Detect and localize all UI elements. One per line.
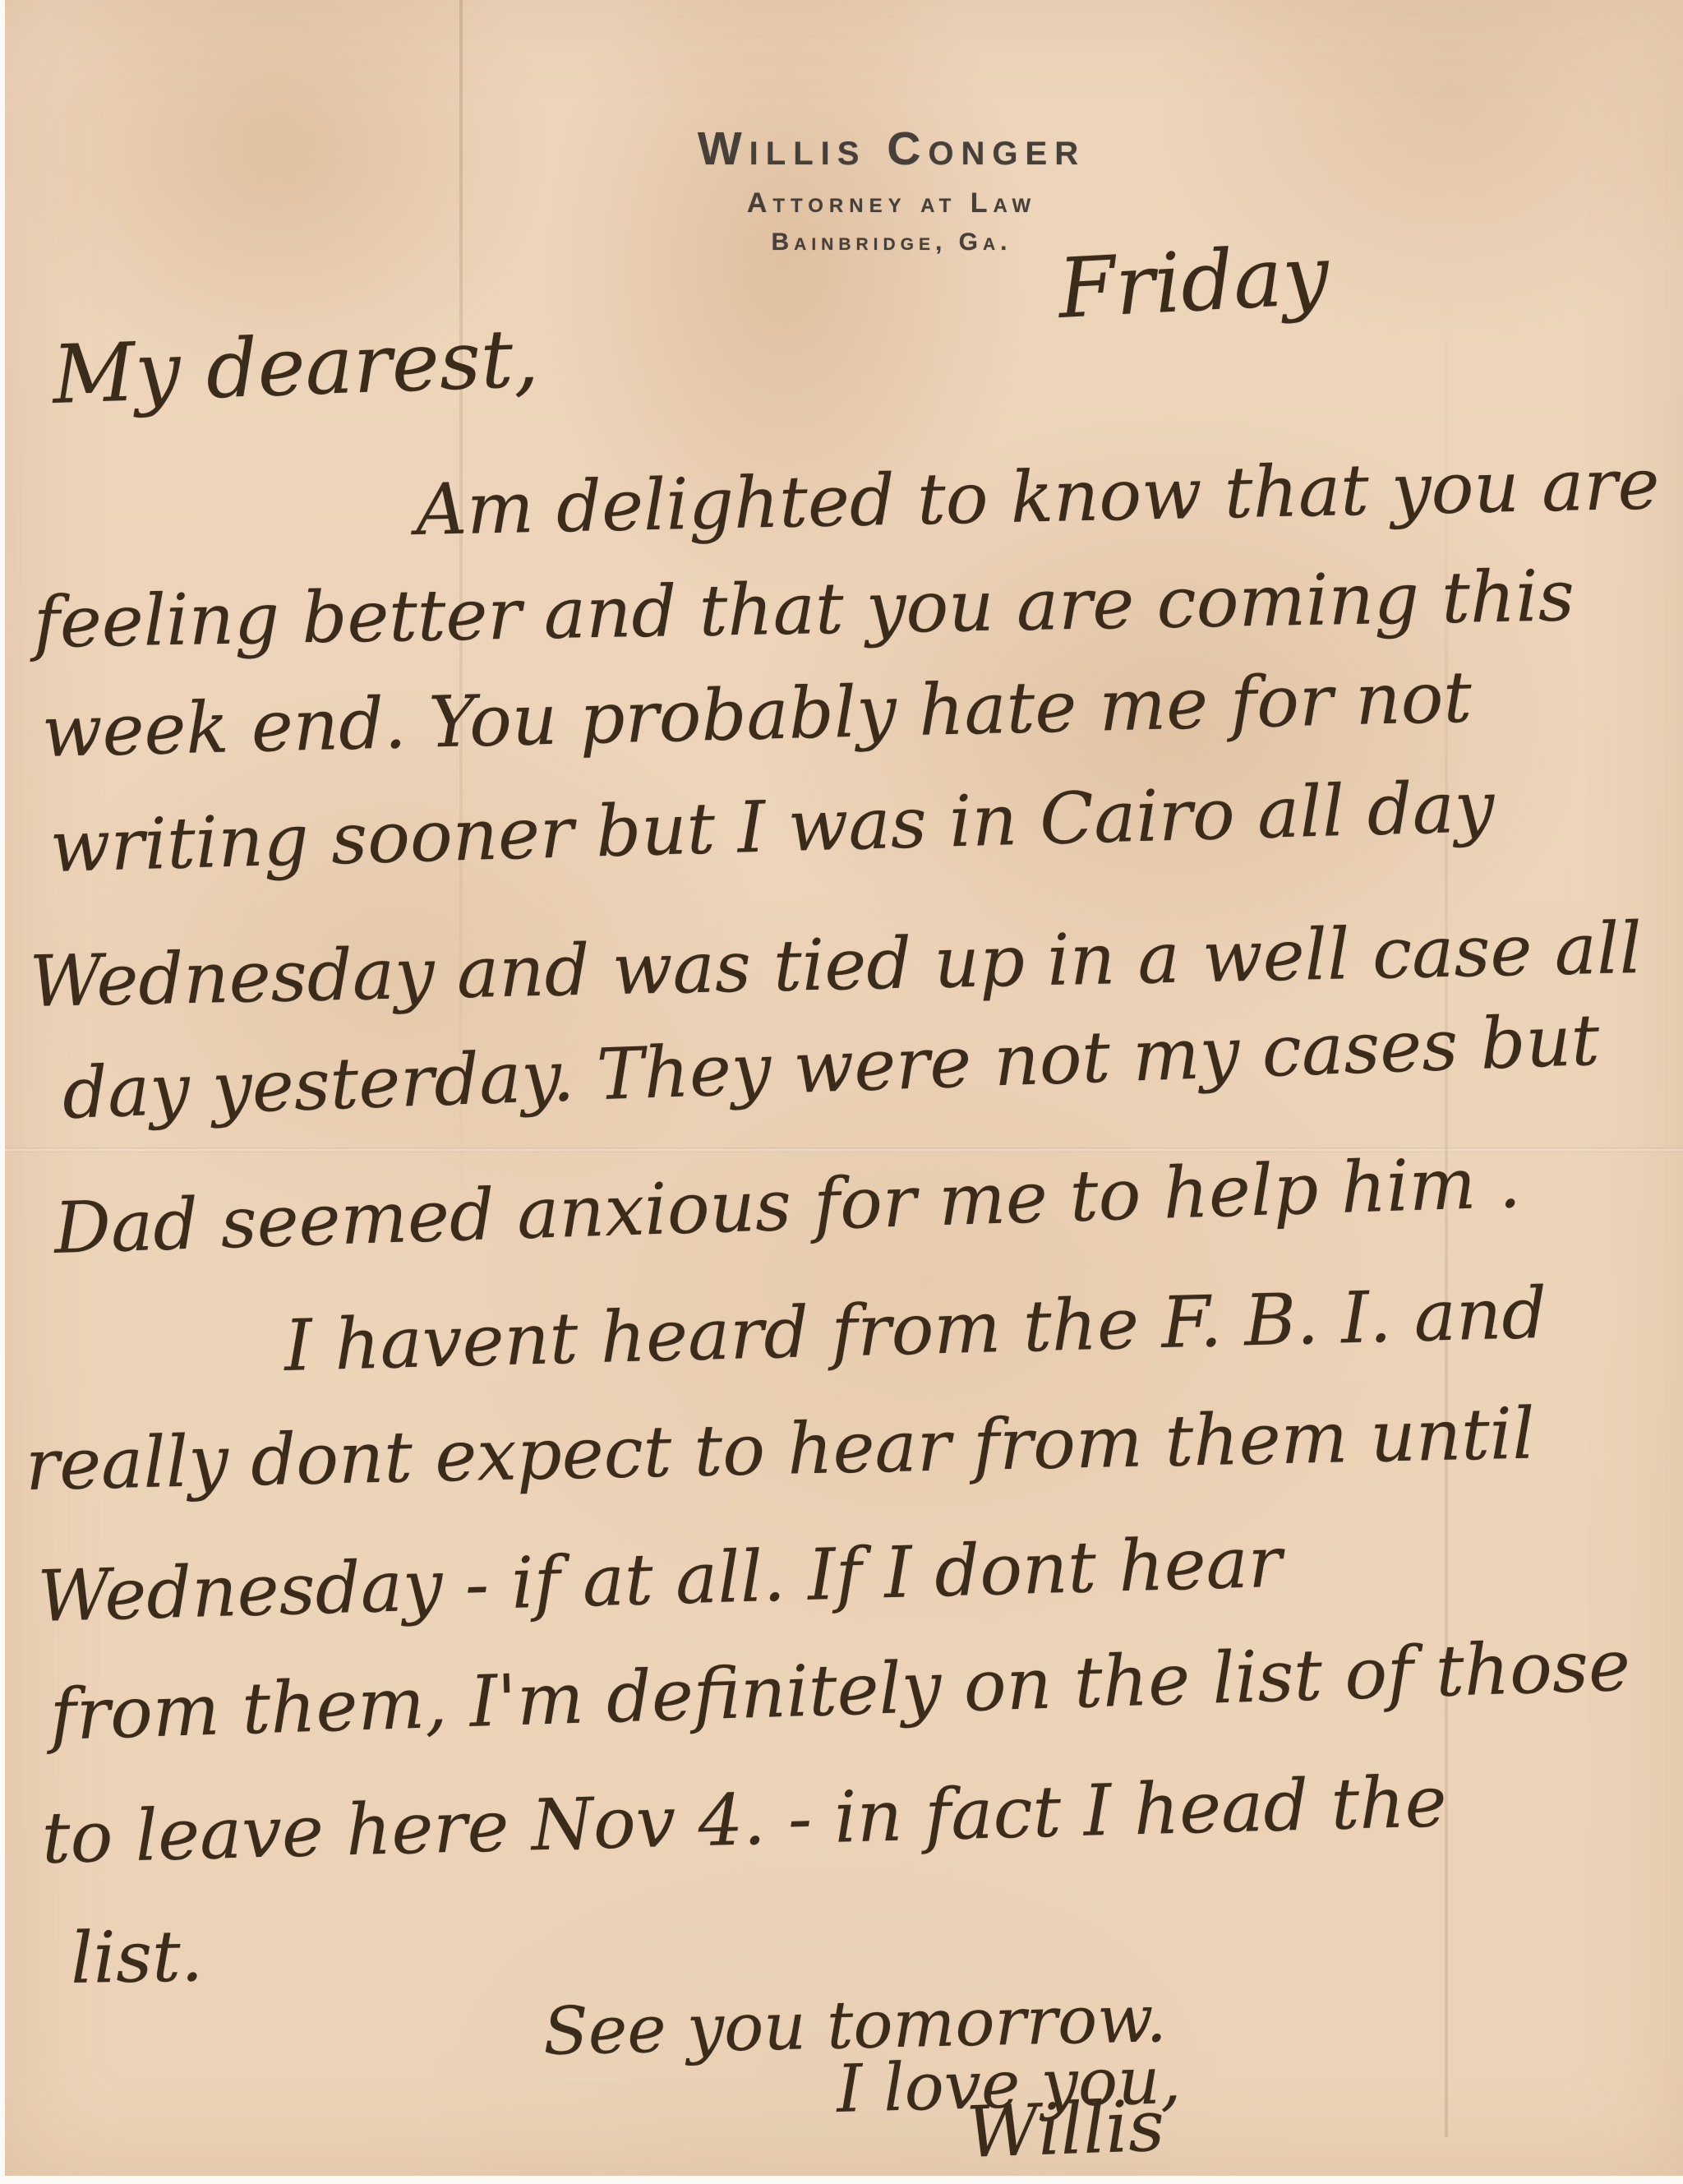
letter-line: really dont expect to hear from them unt… (25, 1399, 1535, 1501)
letterhead-title: Attorney at Law (53, 187, 1683, 219)
date-line: Friday (1056, 234, 1330, 330)
letterhead-name: Willis Conger (53, 122, 1683, 176)
letter-line: I havent heard from the F. B. I. and (284, 1278, 1547, 1382)
letter-line: to leave here Nov 4. - in fact I head th… (41, 1766, 1448, 1874)
letter-line: Wednesday - if at all. If I dont hear (37, 1527, 1283, 1632)
letter-line: writing sooner but I was in Cairo all da… (49, 772, 1496, 883)
letterhead-location: Bainbridge, Ga. (53, 229, 1683, 256)
letter-line: week end. You probably hate me for not (41, 662, 1473, 767)
letter-line: Dad seemed anxious for me to help him . (53, 1147, 1522, 1264)
letter-paper: Willis Conger Attorney at Law Bainbridge… (5, 0, 1683, 2176)
salutation: My dearest, (51, 318, 540, 416)
scan-edge-bottom (0, 2176, 1683, 2184)
letter-line: feeling better and that you are coming t… (33, 561, 1575, 658)
scan-edge-left (0, 0, 5, 2184)
letterhead: Willis Conger Attorney at Law Bainbridge… (53, 122, 1683, 256)
letter-line: from them, I'm definitely on the list of… (49, 1631, 1631, 1751)
letter-line: Wednesday and was tied up in a well case… (29, 913, 1643, 1018)
letter-line: day yesterday. They were not my cases bu… (61, 1005, 1600, 1129)
letter-line: list. (70, 1921, 204, 1994)
signature: Willis (965, 2091, 1165, 2168)
letter-line: Am delighted to know that you are (415, 449, 1660, 546)
